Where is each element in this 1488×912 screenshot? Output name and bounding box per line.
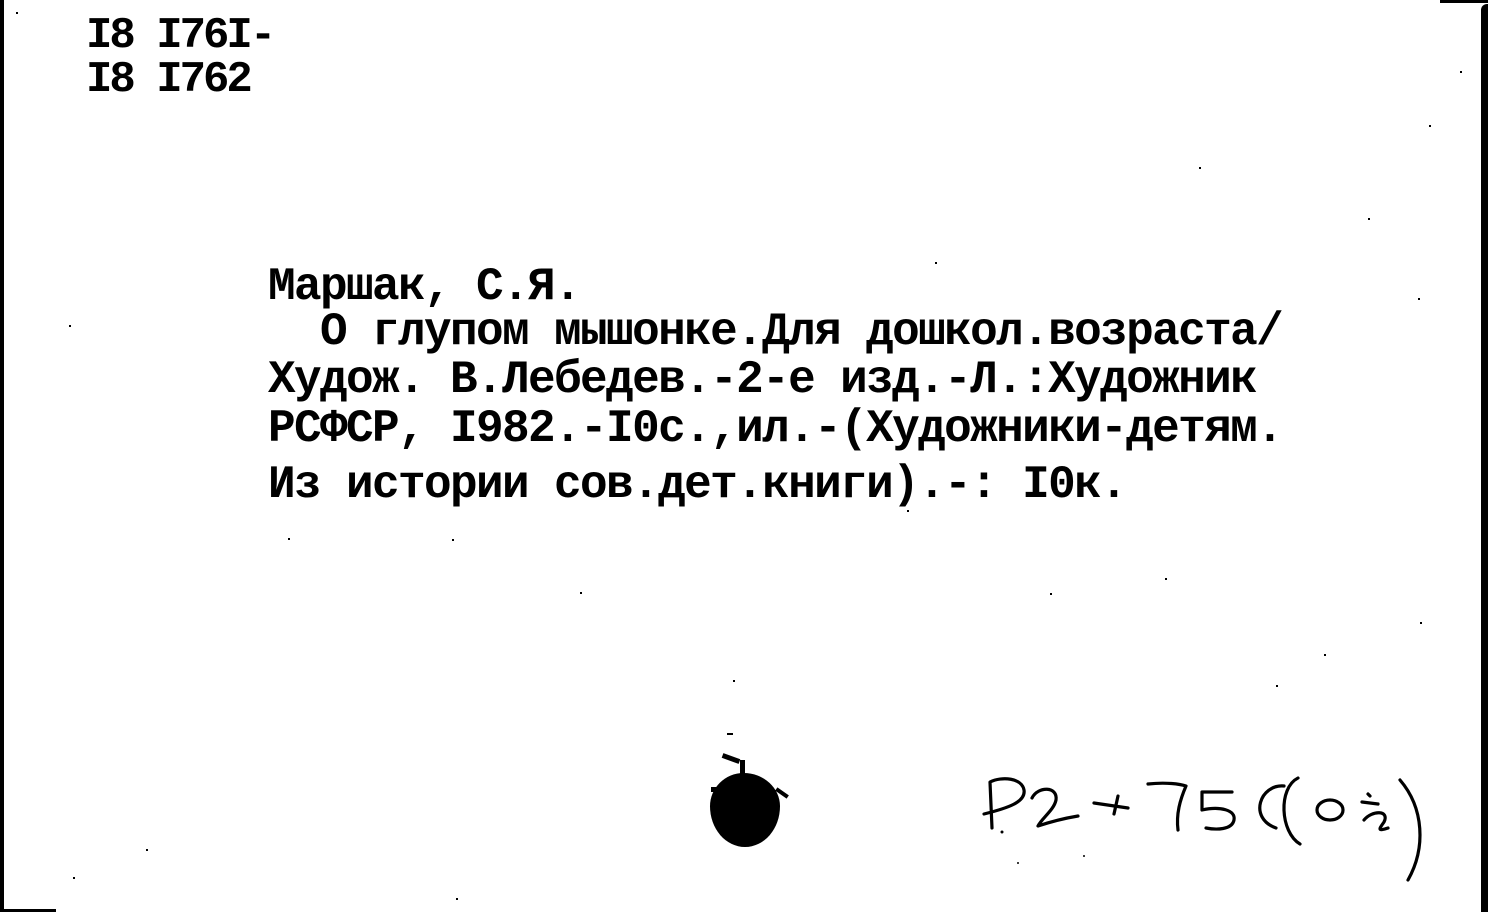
scan-speck <box>1276 685 1278 687</box>
entry-series-line: Из истории сов.дет.книги).-: I0к. <box>268 462 1126 508</box>
punch-debris <box>740 760 745 776</box>
scan-border-top <box>1440 0 1488 3</box>
scan-speck <box>1050 593 1052 595</box>
scan-speck <box>146 849 148 851</box>
scan-speck <box>69 325 71 327</box>
scan-border-right <box>1481 4 1488 912</box>
punch-debris <box>727 733 733 735</box>
entry-author: Маршак, С.Я. <box>268 264 580 310</box>
scan-speck <box>16 12 18 14</box>
entry-illustrator-line: Худож. В.Лебедев.-2-е изд.-Л.:Художник <box>268 357 1256 403</box>
scan-speck <box>1324 654 1326 656</box>
scan-speck <box>73 877 75 879</box>
handwritten-shelf-mark: Р2-75С(0-2) <box>980 748 1440 898</box>
scan-speck <box>1429 125 1431 127</box>
punch-debris <box>722 753 741 764</box>
scan-speck <box>1165 578 1167 580</box>
scan-speck <box>733 680 735 682</box>
punch-hole-icon <box>710 773 780 847</box>
catalog-card: I8 I76I- I8 I762 Маршак, С.Я. О глупом м… <box>0 0 1488 912</box>
scan-speck <box>907 510 909 512</box>
scan-speck <box>1460 71 1462 73</box>
entry-publisher-line: РСФСР, I982.-I0с.,ил.-(Художники-детям. <box>268 406 1282 452</box>
call-number-line-1: I8 I76I- <box>86 14 273 58</box>
scan-speck <box>1420 622 1422 624</box>
scan-speck <box>1418 298 1420 300</box>
scan-speck <box>452 539 454 541</box>
scan-speck <box>288 538 290 540</box>
scan-speck <box>1368 218 1370 220</box>
scan-speck <box>935 262 937 264</box>
entry-title-line: О глупом мышонке.Для дошкол.возраста/ <box>268 309 1282 355</box>
scan-border-left <box>0 0 4 912</box>
scan-speck <box>580 592 582 594</box>
scan-speck <box>1199 167 1201 169</box>
punch-debris <box>711 787 718 792</box>
scan-speck <box>456 898 458 900</box>
call-number-line-2: I8 I762 <box>86 58 250 102</box>
